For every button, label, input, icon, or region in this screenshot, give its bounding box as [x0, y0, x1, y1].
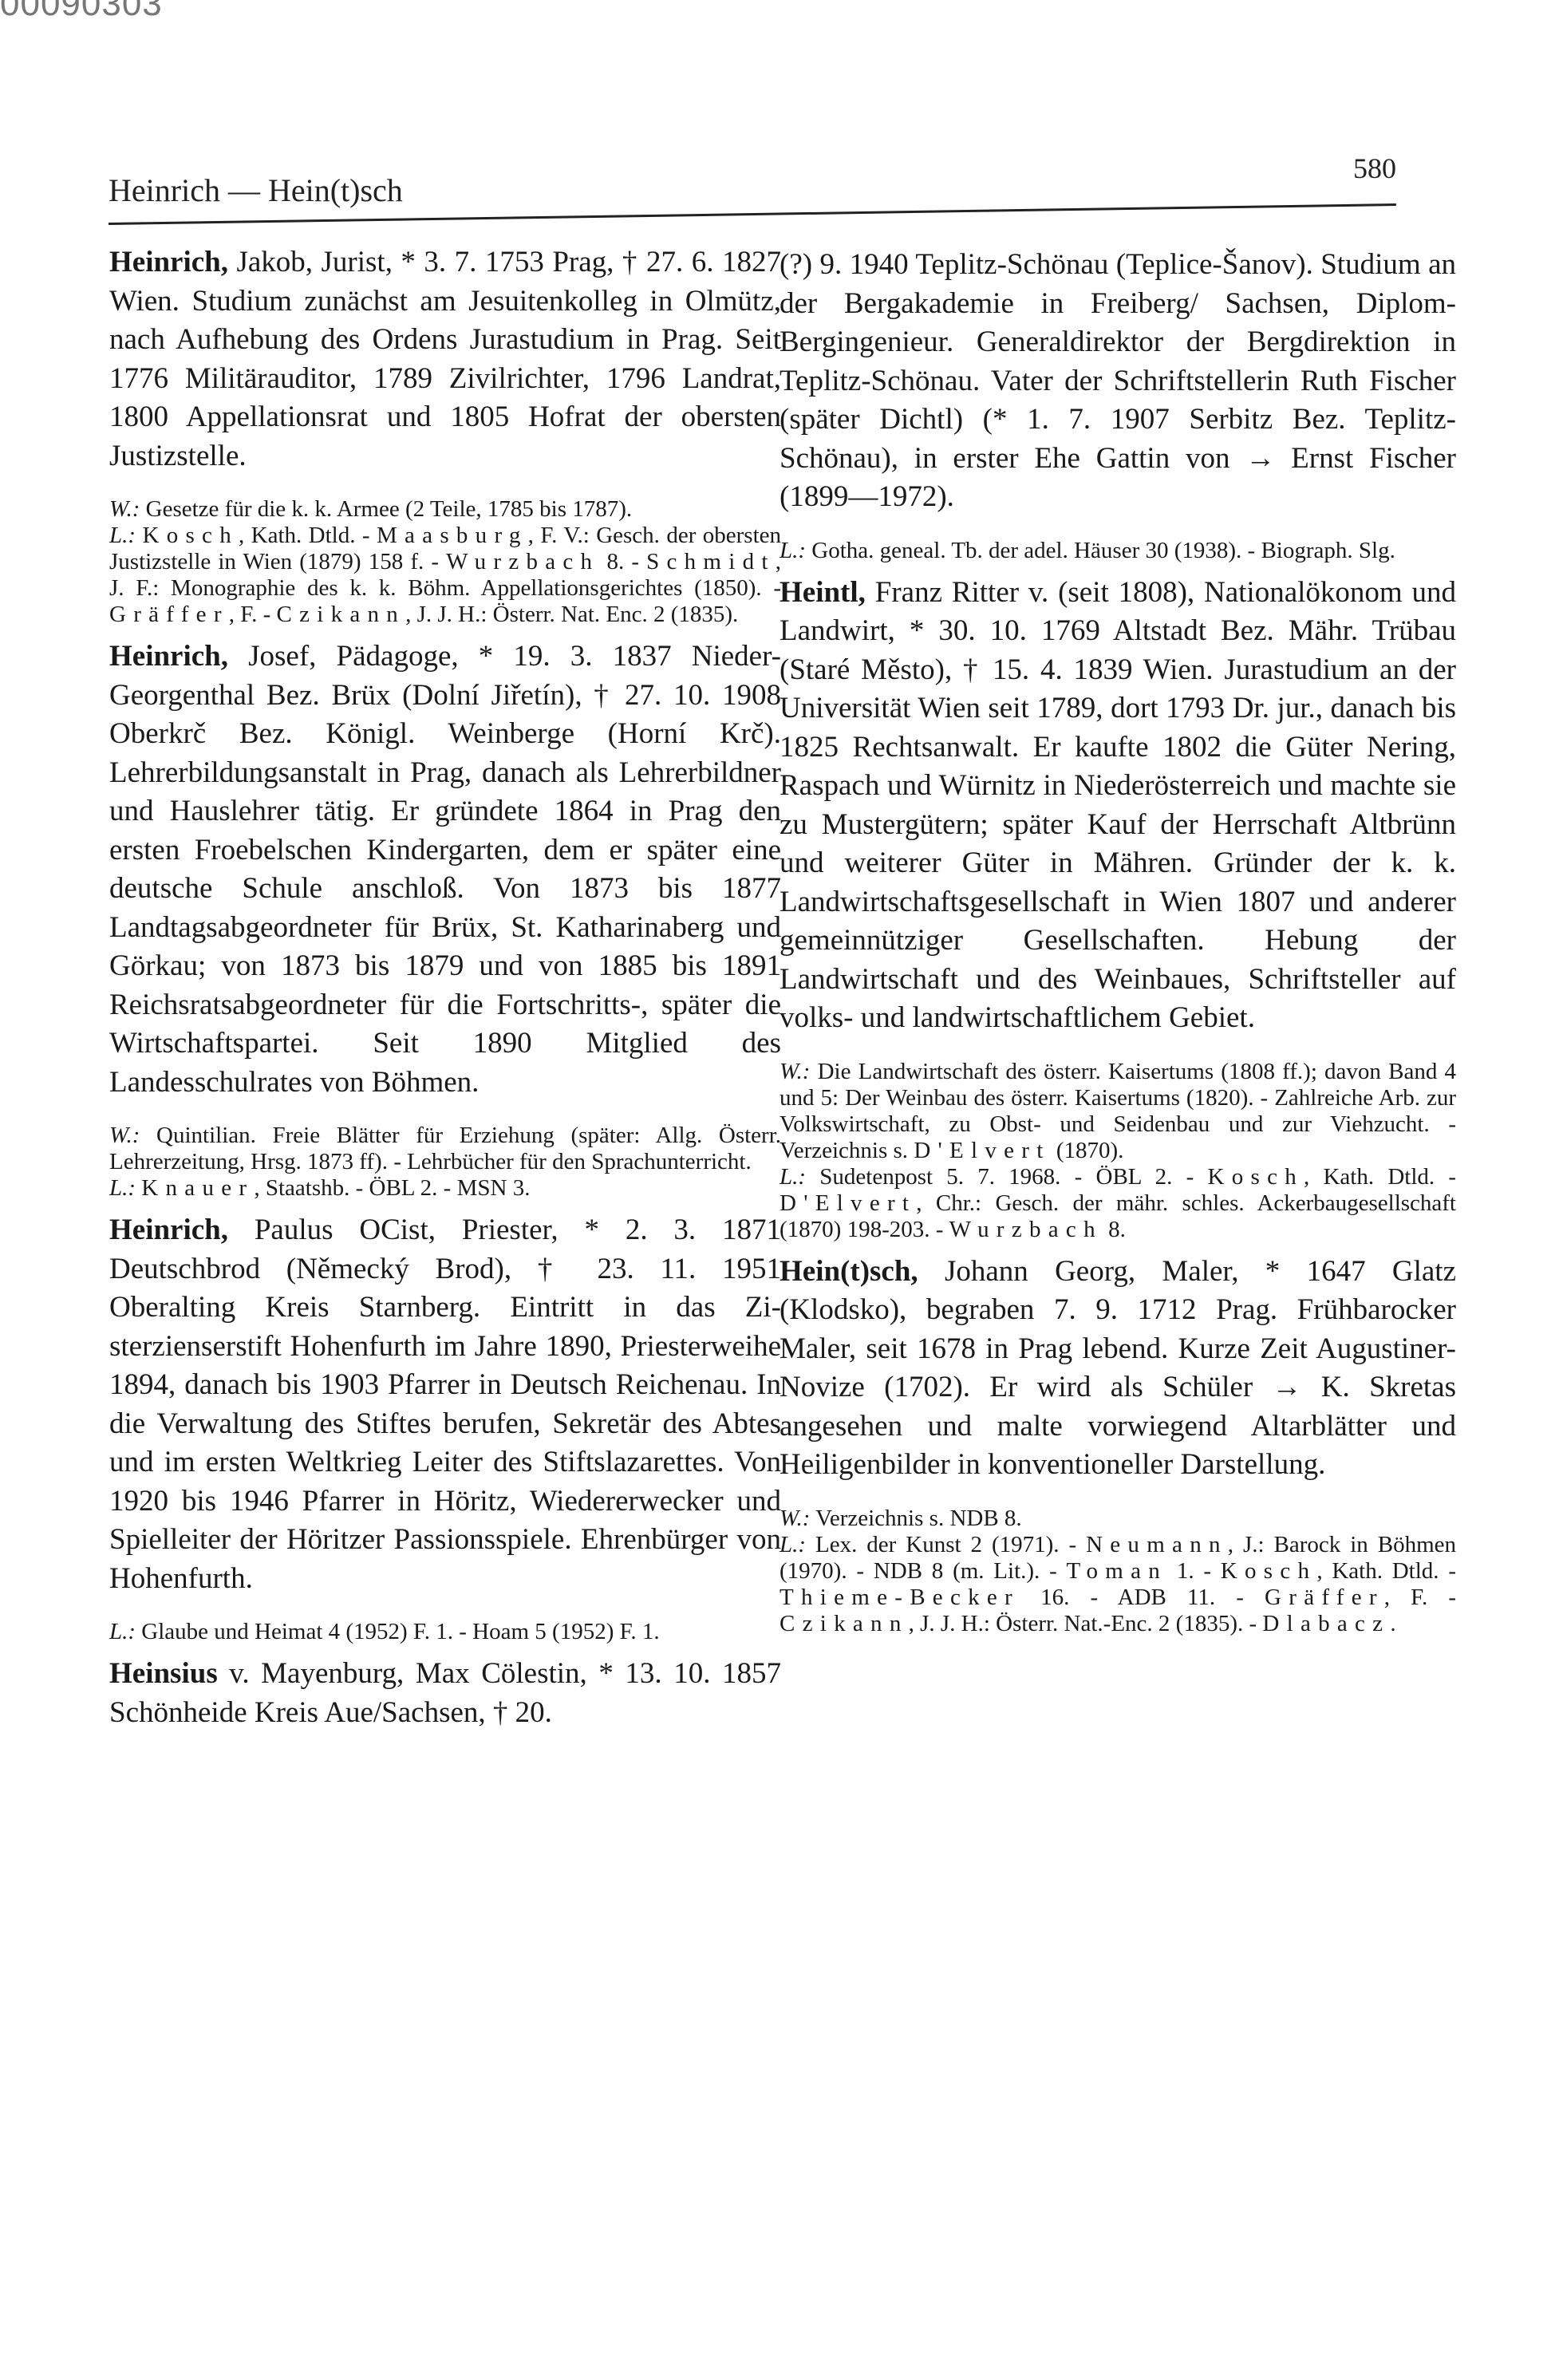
literature-reference: L.: Kosch, Kath. Dtld. - Maasburg, F. V.…	[109, 523, 781, 628]
cited-author: Schmidt	[646, 549, 776, 574]
scan-identifier: 00090303	[0, 0, 163, 24]
entry-heinsius-continued: (?) 9. 1940 Teplitz-Schönau (Teplice-Šan…	[780, 246, 1456, 564]
cited-author: Dlabacz	[1262, 1611, 1390, 1636]
headword: Hein(t)sch,	[780, 1255, 918, 1288]
entry-body: Hein(t)sch, Johann Georg, Maler, * 1647 …	[780, 1253, 1456, 1485]
headword: Heinrich,	[109, 640, 228, 673]
literature-reference: L.: Sudetenpost 5. 7. 1968. - ÖBL 2. - K…	[780, 1164, 1456, 1243]
entry-heinrich-josef: Heinrich, Josef, Pädagoge, * 19. 3. 1837…	[109, 637, 781, 1202]
entry-body: Heinrich, Paulus OCist, Priester, * 2. 3…	[109, 1211, 781, 1598]
cited-author: Maasburg	[377, 523, 528, 548]
literature-reference: L.: Lex. der Kunst 2 (1971). - Neumann, …	[780, 1532, 1456, 1637]
right-column: (?) 9. 1940 Teplitz-Schönau (Teplice-Šan…	[780, 246, 1456, 1637]
cited-author: Kosch	[142, 523, 239, 548]
cited-author: Thieme-Becker	[780, 1585, 1020, 1610]
literature-reference: L.: Glaube und Heimat 4 (1952) F. 1. - H…	[109, 1619, 781, 1645]
cited-author: Kosch	[1208, 1164, 1304, 1190]
cited-author: Neumann	[1086, 1532, 1228, 1557]
entry-heinsius: Heinsius v. Mayenburg, Max Cölestin, * 1…	[109, 1655, 781, 1732]
cited-author: Czikann	[780, 1611, 909, 1636]
works-reference: W.: Gesetze für die k. k. Armee (2 Teile…	[109, 496, 781, 523]
headword: Heintl,	[780, 576, 866, 609]
cited-author: Czikann	[276, 602, 405, 627]
page-number: 580	[1353, 152, 1396, 185]
works-reference: W.: Verzeichnis s. NDB 8.	[780, 1506, 1456, 1532]
cited-author: Toman	[1067, 1558, 1168, 1584]
left-column: Heinrich, Jakob, Jurist, * 3. 7. 1753 Pr…	[109, 243, 781, 1753]
entry-heinrich-paulus: Heinrich, Paulus OCist, Priester, * 2. 3…	[109, 1211, 781, 1645]
cited-author: D'Elvert	[780, 1190, 916, 1216]
literature-reference: L.: Knauer, Staatshb. - ÖBL 2. - MSN 3.	[109, 1175, 781, 1202]
entry-body: Heinrich, Jakob, Jurist, * 3. 7. 1753 Pr…	[109, 243, 781, 476]
works-reference: W.: Quintilian. Freie Blätter für Erzieh…	[109, 1123, 781, 1175]
entry-heinrich-jakob: Heinrich, Jakob, Jurist, * 3. 7. 1753 Pr…	[109, 243, 781, 628]
headword: Heinrich,	[109, 1214, 228, 1246]
cited-author: Gräffer	[109, 602, 229, 627]
cited-author: Gräffer	[1265, 1585, 1384, 1610]
headword: Heinrich,	[109, 246, 228, 278]
entry-heintl: Heintl, Franz Ritter v. (seit 1808), Nat…	[780, 574, 1456, 1243]
entry-body: Heintl, Franz Ritter v. (seit 1808), Nat…	[780, 574, 1456, 1038]
literature-reference: L.: Gotha. geneal. Tb. der adel. Häuser …	[780, 538, 1456, 564]
entry-body: Heinrich, Josef, Pädagoge, * 19. 3. 1837…	[109, 637, 781, 1102]
works-reference: W.: Die Landwirtschaft des österr. Kaise…	[780, 1059, 1456, 1164]
running-head: Heinrich — Hein(t)sch 580	[109, 168, 1396, 217]
cited-author: Kosch	[1221, 1558, 1317, 1584]
cited-author: D'Elvert	[914, 1138, 1050, 1163]
cited-author: Wurzbach	[446, 549, 599, 574]
entry-heintsch: Hein(t)sch, Johann Georg, Maler, * 1647 …	[780, 1253, 1456, 1637]
entry-body-continued: (?) 9. 1940 Teplitz-Schönau (Teplice-Šan…	[780, 246, 1456, 517]
cited-author: Knauer	[141, 1175, 254, 1201]
entry-body: Heinsius v. Mayenburg, Max Cölestin, * 1…	[109, 1655, 781, 1732]
headword: Heinsius	[109, 1657, 218, 1690]
running-head-title: Heinrich — Hein(t)sch	[109, 172, 403, 209]
cited-author: Wurzbach	[949, 1217, 1103, 1242]
